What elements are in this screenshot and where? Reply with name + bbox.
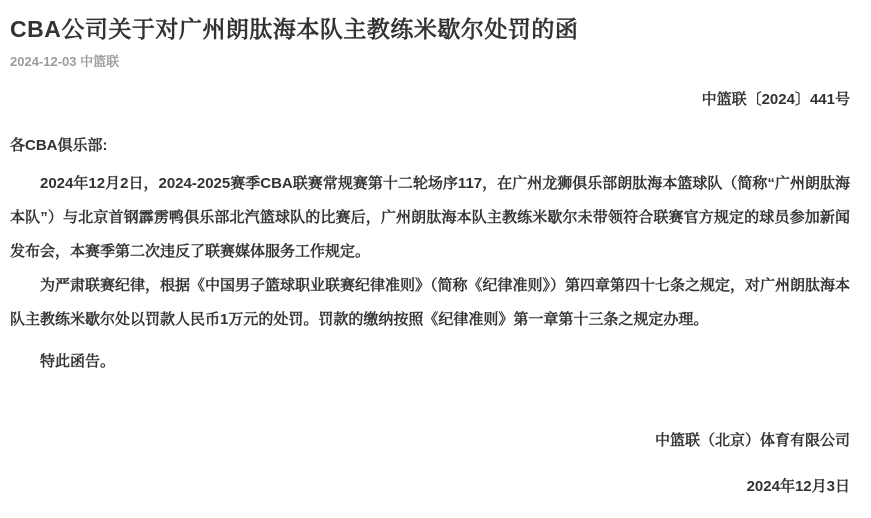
body-paragraph-1: 2024年12月2日，2024-2025赛季CBA联赛常规赛第十二轮场序117，… xyxy=(10,167,850,269)
salutation: 各CBA俱乐部: xyxy=(10,136,850,155)
document-number: 中篮联〔2024〕441号 xyxy=(10,91,850,109)
body-paragraph-2: 为严肃联赛纪律，根据《中国男子篮球职业联赛纪律准则》（简称《纪律准则》）第四章第… xyxy=(10,269,850,337)
page-title: CBA公司关于对广州朗肽海本队主教练米歇尔处罚的函 xyxy=(10,14,850,44)
document-page: CBA公司关于对广州朗肽海本队主教练米歇尔处罚的函 2024-12-03 中篮联… xyxy=(0,0,871,518)
issue-date: 2024年12月3日 xyxy=(10,477,850,496)
issuer-signature: 中篮联（北京）体育有限公司 xyxy=(10,431,850,450)
article-meta-date-source: 2024-12-03 中篮联 xyxy=(10,54,850,70)
closing-line: 特此函告。 xyxy=(10,345,850,379)
